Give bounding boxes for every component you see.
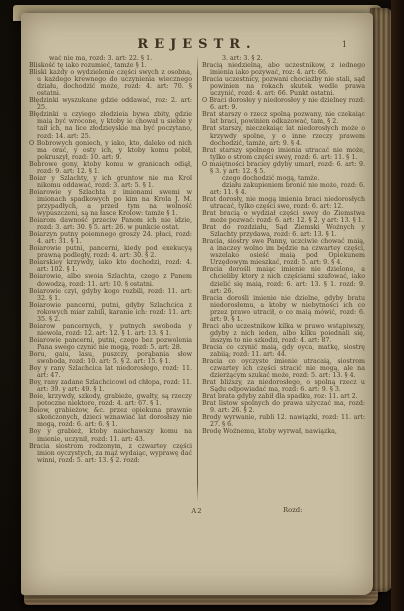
index-entry: Brat do rozdziału, Sąd Ziemski Woźnych y…: [202, 224, 365, 238]
index-entry: Brat bliższy, za niedorosłego, o spolną …: [202, 379, 365, 393]
page-header: REJESTR. 1: [21, 37, 373, 55]
index-entry: Boiarom dawność przeciw Panom ich nie id…: [29, 217, 192, 231]
index-entry: O Bobrowych goniech, y iako, kto, daleko…: [29, 140, 192, 161]
index-entry: Brat listow spolnych do prawa użyczać ma…: [202, 400, 365, 414]
index-entry: działu zakupieniem bronić nie może, rozd…: [202, 182, 365, 196]
index-entry: O Braci dorosłey y niedorosłey y nie dzi…: [202, 97, 365, 111]
index-entry: Bracią niedzielną, abo uczestnikow, z ie…: [202, 62, 365, 76]
index-entry: Boiarskiey krzywdy, iako kto dochodzi, r…: [29, 259, 192, 273]
page-title: REJESTR.: [137, 37, 256, 52]
index-entry: Bracia uczestnicy, pozwani chociażby nie…: [202, 76, 365, 97]
index-entry: Bracia siostrom rodzonym, z czwartey czę…: [29, 443, 192, 464]
signature-mark: A2: [191, 507, 202, 515]
index-entry: Błędzinki wyszukane gdzie oddawać, roz: …: [29, 97, 192, 111]
index-entry: Boiarowie czyi, gdyby kogo rozbili, rozd…: [29, 288, 192, 302]
index-entry: Brody wyrwanie, rubli 12. nawiązki, rozd…: [202, 414, 365, 428]
index-entry: wać nie ma, rozd: 3. art: 22. § 1.: [29, 55, 192, 62]
index-entry: Boy y rany Szlachcica lat niedorosłego, …: [29, 365, 192, 379]
index-entry: Brat starszy, nieczekaiąc lat niedorosły…: [202, 125, 365, 146]
index-entry: Boiar y Szlachty, y ich gruntow nie ma K…: [29, 175, 192, 189]
index-entry: Boy, rany zadane Szlachcicowi od chłopa,…: [29, 379, 192, 393]
index-entry: Brat starszy o rzecz spolną pozwany, nie…: [202, 111, 365, 125]
index-entry: Bracia dorośli maiąc imienie nie dzielon…: [202, 266, 365, 294]
index-entry: Bracia, siostry swe Panny, uczciwie chow…: [202, 238, 365, 266]
index-entry: Brodę Woźnemu, ktoby wyrwał, nawiązka,: [202, 428, 365, 435]
index-entry: Boiarowie pancerni, putni, czego bez poz…: [29, 337, 192, 351]
text-column-left: wać nie ma, rozd: 3. art: 22. § 1.Blisko…: [29, 55, 192, 507]
index-entry: Brat brata gdyby zabił dla spadku, roz: …: [202, 393, 365, 400]
index-entry: Boie, krzywdy, szkody, grabieże, gwałty,…: [29, 393, 192, 407]
index-entry: Brat bracią o wydział części swey do Zie…: [202, 210, 365, 224]
index-entry: Boiarowie y Szlachta z imionami swemi w …: [29, 189, 192, 217]
index-entry: O maiętności braciey gdyby umarł, rozd: …: [202, 161, 365, 175]
text-column-right: 3. art: 3. § 2.Bracią niedzielną, abo uc…: [202, 55, 365, 507]
index-entry: Boiarzyn putny poiemnego groszy 24. płac…: [29, 231, 192, 245]
index-entry: Boiarowie pancerni, putni, gdyby Szlachc…: [29, 302, 192, 323]
scanned-book-photo: REJESTR. 1 wać nie ma, rozd: 3. art: 22.…: [0, 0, 404, 611]
index-entry: Bracia dorośli imienie nie dzielne, gdyb…: [202, 295, 365, 323]
index-entry: Bracia co oyczyste imienie utracaią, sio…: [202, 358, 365, 379]
index-entry: Brat dorosły, nie mogą imienia braci nie…: [202, 196, 365, 210]
index-entry: Boiow, grabieżow, &c. przez opiekuna pra…: [29, 407, 192, 428]
index-entry: Boiarow pancernych, y putnych swoboda y …: [29, 323, 192, 337]
book-page: REJESTR. 1 wać nie ma, rozd: 3. art: 22.…: [21, 13, 373, 595]
text-columns: wać nie ma, rozd: 3. art: 22. § 1.Blisko…: [29, 55, 365, 507]
index-entry: Boiarowie, albo swoia Szlachta, czego z …: [29, 273, 192, 287]
index-entry: Bracia co czynić maią, gdy oyca, matkę, …: [202, 344, 365, 358]
index-entry: Boru, gaiu, lasu, puszczy, porąbania sło…: [29, 351, 192, 365]
index-entry: Bliskość tę iako rozumieć, tamże § 1.: [29, 62, 192, 69]
index-entry: czego dochodzić mogą, tamże.: [202, 175, 365, 182]
column-divider: [197, 55, 198, 502]
index-entry: Bobrowe gony, ktoby komu w granicach odi…: [29, 161, 192, 175]
index-entry: Brat starszy spolnego imienia utracać ni…: [202, 147, 365, 161]
index-entry: Braci abo uczestnikow kilka w prawo wstą…: [202, 323, 365, 344]
index-entry: Boiarowie putni, pancerni, kiedy pod exe…: [29, 245, 192, 259]
index-entry: 3. art: 3. § 2.: [202, 55, 365, 62]
catchword: Rozd:: [283, 506, 302, 514]
index-entry: Bliski każdy o wydzielenie części swych …: [29, 69, 192, 97]
page-number: 1: [342, 40, 347, 49]
index-entry: Błędzinki u czyiego złodzieia bywa zbity…: [29, 111, 192, 139]
book-cover-edge: [391, 0, 404, 611]
page-footer: A2 Rozd:: [21, 507, 373, 519]
book-page-stack-right: [370, 8, 392, 592]
index-entry: Boy y grabież, ktoby naiechawszy komu na…: [29, 428, 192, 442]
